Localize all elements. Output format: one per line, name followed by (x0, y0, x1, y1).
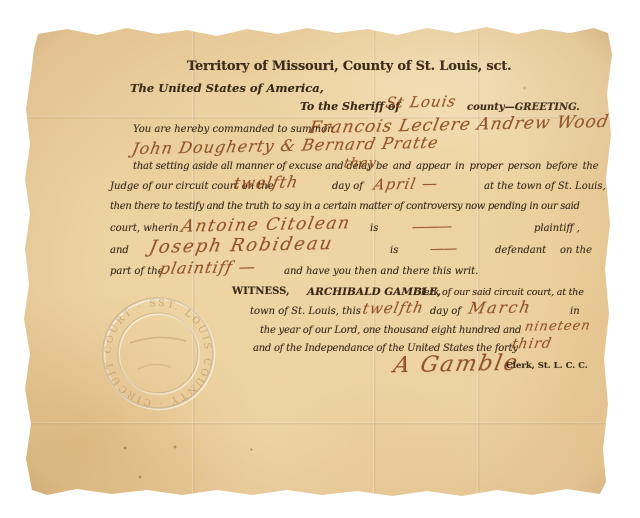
in-label: in (570, 306, 580, 317)
is-label-2: is (390, 245, 398, 256)
foxing-spot (250, 448, 253, 451)
defendant-name-handwritten: Joseph Robideau (148, 233, 336, 258)
dash-handwritten-2: —— (428, 241, 457, 258)
town-label: at the town of St. Louis, (484, 181, 606, 192)
foxing-spot (522, 86, 527, 90)
year-handwritten: nineteen (523, 318, 592, 334)
writ-line: and have you then and there this writ. (284, 266, 478, 277)
year-line: the year of our Lord, one thousand eight… (260, 325, 521, 336)
plaintiff-label: plaintiff , (534, 223, 580, 234)
excuse-post: be and appear in proper person before th… (376, 161, 598, 172)
month-handwritten: April — (372, 174, 440, 193)
seal-rim-text: ST. LOUIS COUNTY · CIRCUIT COURT · SEAL … (86, 281, 213, 408)
part-handwritten: plaintiff — (158, 257, 258, 278)
embossed-seal: ST. LOUIS COUNTY · CIRCUIT COURT · SEAL … (86, 281, 230, 425)
clerk-signature: A Gamble (391, 351, 521, 379)
seal-graphic: ST. LOUIS COUNTY · CIRCUIT COURT · SEAL … (86, 281, 230, 425)
is-label-1: is (370, 223, 378, 234)
handwritten-county: St Louis (384, 92, 458, 111)
document-paper: Territory of Missouri, County of St. Lou… (22, 24, 616, 500)
day-of-label: day of (332, 181, 363, 192)
fold-crease-vertical (373, 24, 376, 500)
foxing-spot (173, 445, 177, 449)
nation-line: The United States of America, (130, 81, 324, 95)
clerk-desc: Clerk of our said circuit court, at the (414, 287, 584, 298)
witness-label: WITNESS, (232, 286, 289, 297)
on-the-label: on the (560, 245, 592, 256)
wherein-label: court, wherin (110, 223, 179, 234)
document-title: Territory of Missouri, County of St. Lou… (187, 59, 511, 74)
defendant-label: defendant (495, 245, 546, 256)
fold-crease-vertical (477, 24, 480, 500)
svg-text:ST. LOUIS COUNTY · CIRCUIT COU: ST. LOUIS COUNTY · CIRCUIT COURT · SEAL … (86, 281, 213, 408)
summoned-names-line2: John Dougherty & Bernard Pratte (131, 133, 441, 158)
witness-town-line: town of St. Louis, this (250, 306, 361, 317)
witness-day-of-label: day of (430, 306, 461, 317)
and-label: and (110, 245, 129, 256)
witness-month-handwritten: March (467, 297, 534, 317)
signature-title: Clerk, St. L. C. C. (506, 361, 588, 371)
summon-command: You are hereby commanded to summon (133, 124, 334, 135)
part-pre-label: part of the (110, 266, 164, 277)
foxing-spot (138, 475, 142, 479)
testify-line: then there to testify and the truth to s… (110, 201, 580, 212)
day-handwritten: twelfth (232, 172, 300, 192)
excuse-handwritten: they (342, 156, 378, 172)
excuse-pre: that setting aside all manner of excuse … (133, 161, 373, 172)
salutation-greeting: county—GREETING. (467, 102, 580, 113)
dash-handwritten-1: ——— (410, 219, 452, 236)
witness-day-handwritten: twelfth (361, 298, 426, 317)
paper-edge-vignette (22, 24, 616, 500)
scanned-document-page: { "colors": { "paper": "#ecd0a0", "print… (0, 0, 640, 518)
foxing-spot (123, 446, 127, 450)
